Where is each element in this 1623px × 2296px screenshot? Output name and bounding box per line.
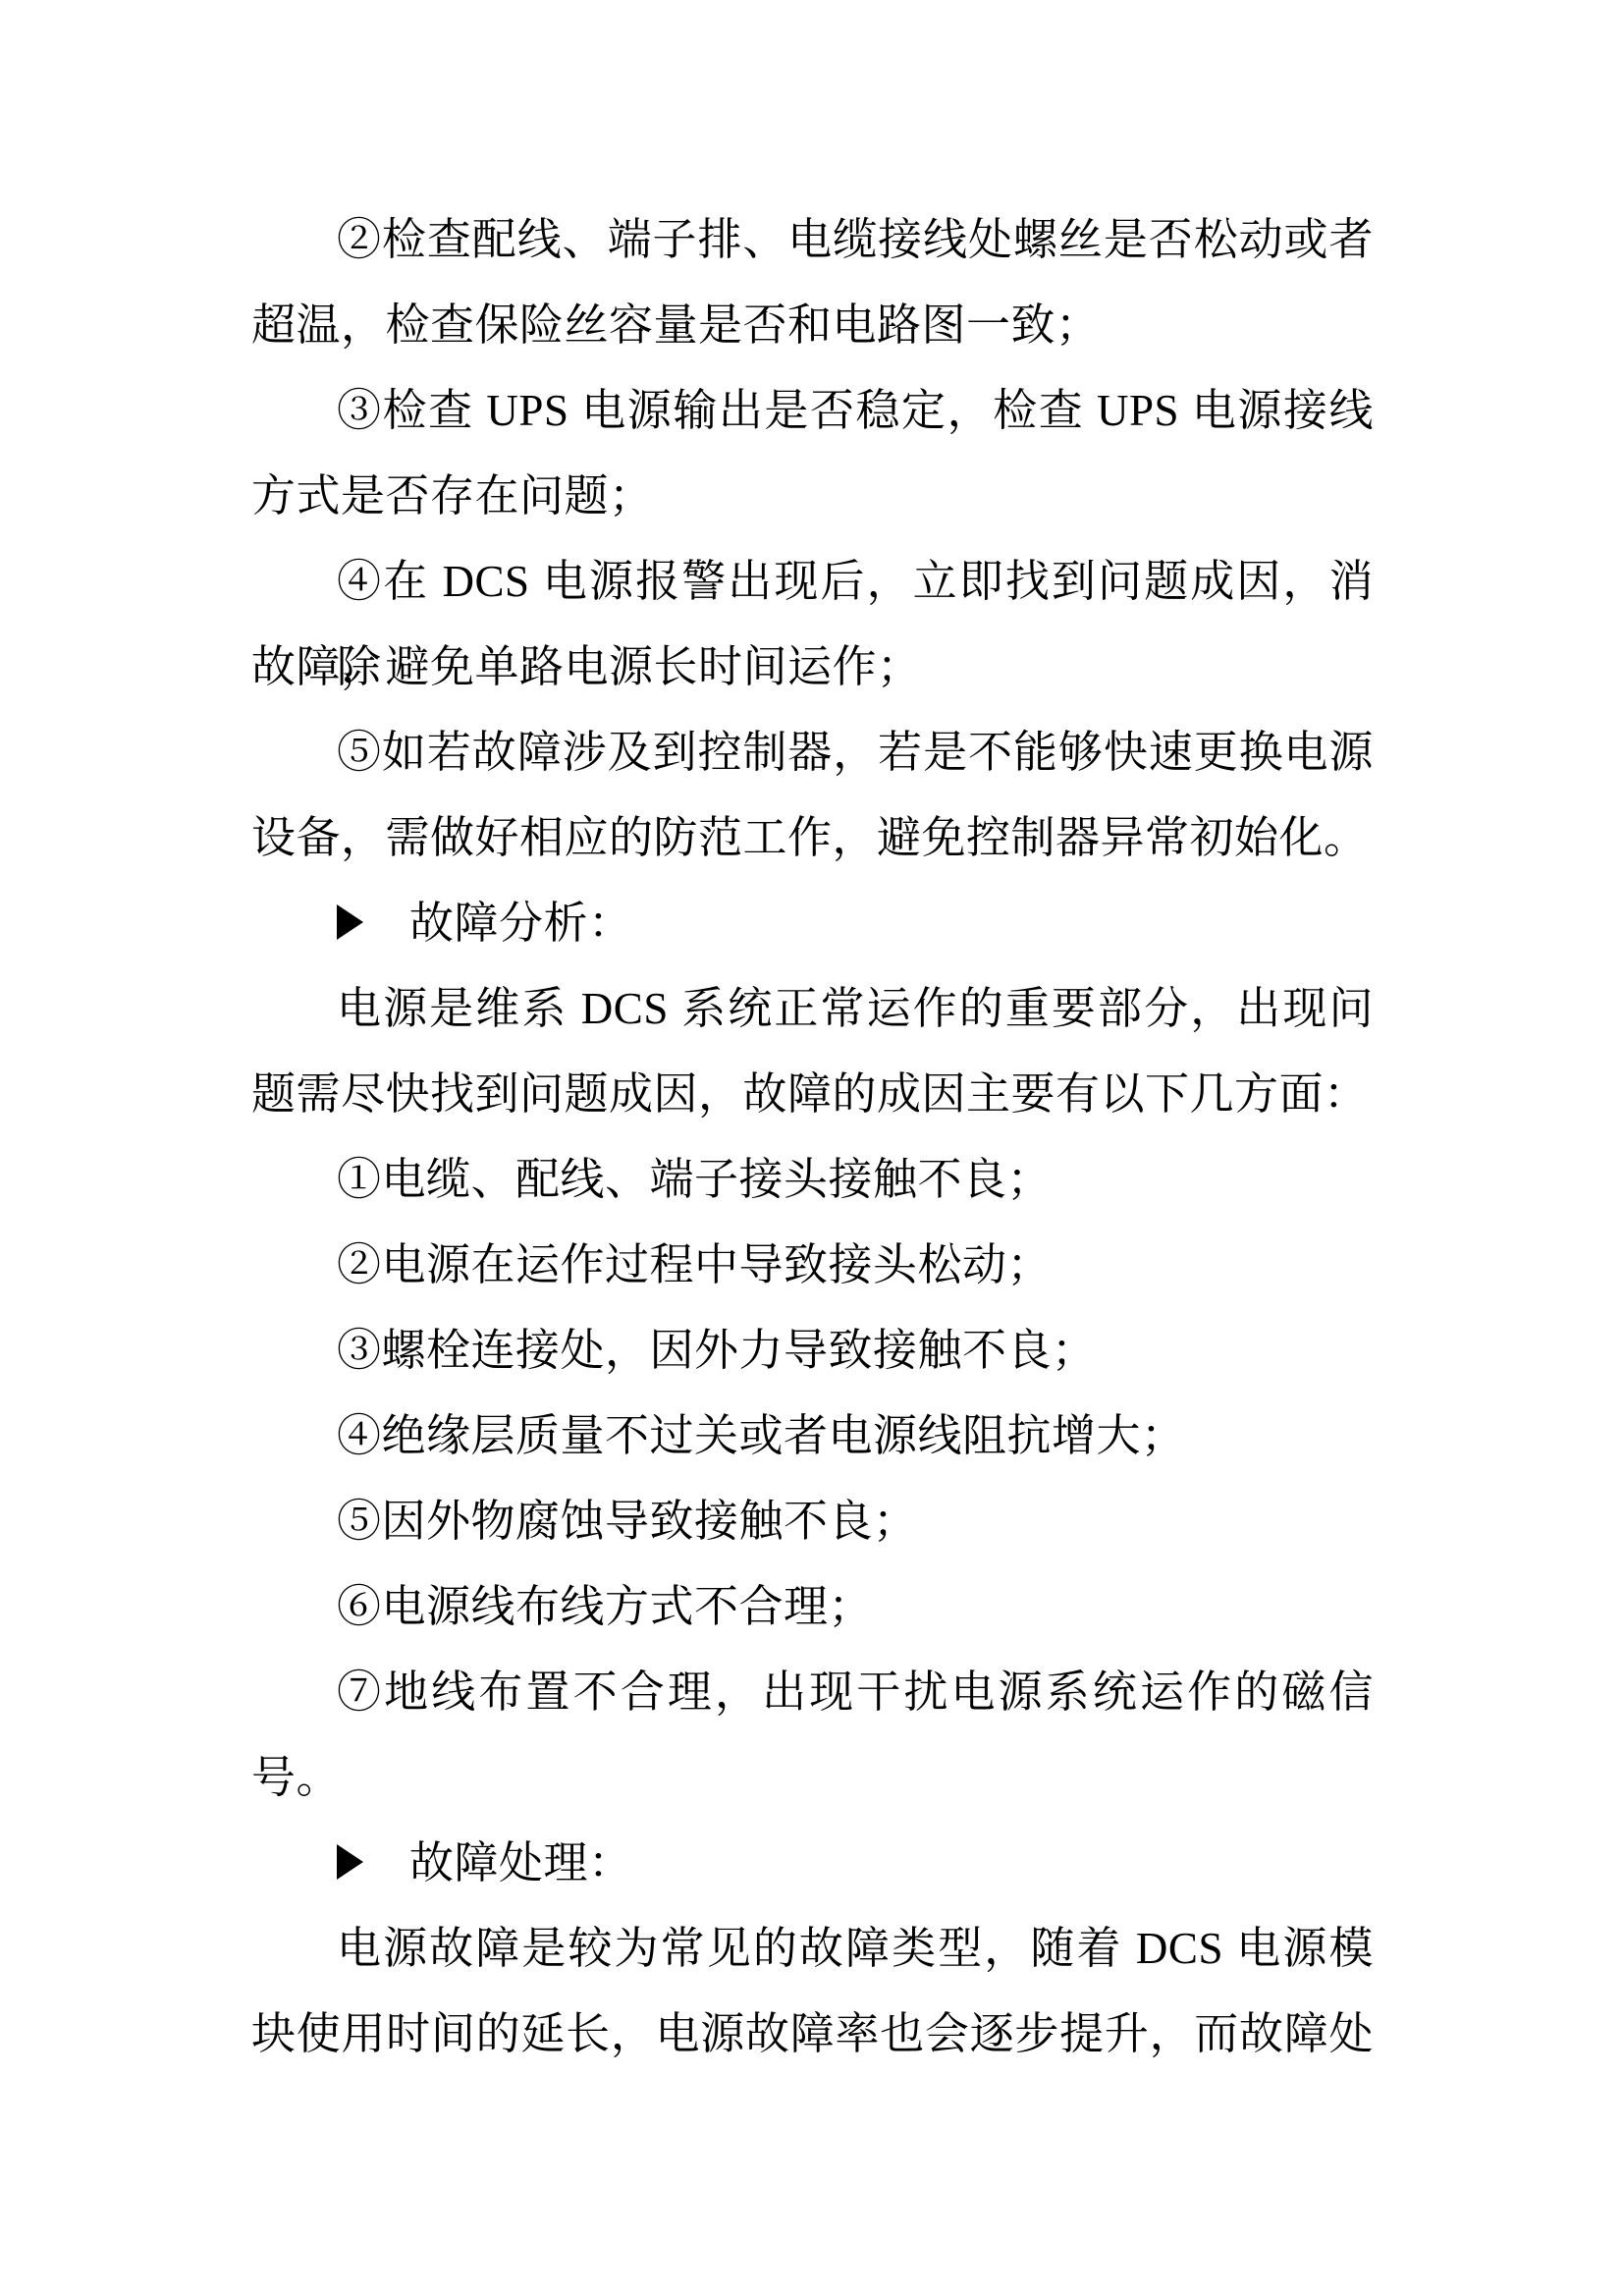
- line-text: ⑤因外物腐蚀导致接触不良；: [337, 1497, 918, 1546]
- text-line: 方式是否存在问题；: [251, 454, 1374, 539]
- line-text: ⑤如若故障涉及到控制器，若是不能够快速更换电源: [337, 728, 1374, 777]
- text-line: ③螺栓连接处，因外力导致接触不良；: [251, 1308, 1374, 1394]
- triangle-bullet-icon: [337, 1844, 363, 1880]
- line-text: 方式是否存在问题；: [251, 471, 654, 520]
- line-text: ②电源在运作过程中导致接头松动；: [337, 1240, 1052, 1289]
- line-text: 电源是维系 DCS 系统正常运作的重要部分，出现问: [337, 984, 1374, 1033]
- line-text: ③螺栓连接处，因外力导致接触不良；: [337, 1326, 1097, 1375]
- line-text: ④绝缘层质量不过关或者电源线阻抗增大；: [337, 1411, 1186, 1460]
- text-line: ③检查 UPS 电源输出是否稳定，检查 UPS 电源接线: [251, 368, 1374, 454]
- line-text: 超温，检查保险丝容量是否和电路图一致；: [251, 301, 1101, 350]
- text-line: 故障分析：: [251, 881, 1374, 966]
- text-line: ⑥电源线布线方式不合理；: [251, 1564, 1374, 1650]
- document-page: ②检查配线、端子排、电缆接线处螺丝是否松动或者 超温，检查保险丝容量是否和电路图…: [0, 0, 1623, 2296]
- text-line: 号。: [251, 1735, 1374, 1821]
- line-text: 故障，避免单路电源长时间运作；: [251, 642, 922, 691]
- line-text: 故障分析：: [409, 899, 633, 948]
- text-line: 电源是维系 DCS 系统正常运作的重要部分，出现问: [251, 966, 1374, 1052]
- text-line: 块使用时间的延长，电源故障率也会逐步提升，而故障处: [251, 1992, 1374, 2077]
- line-text: 故障处理：: [409, 1838, 633, 1887]
- text-line: ②电源在运作过程中导致接头松动；: [251, 1223, 1374, 1308]
- line-text: 题需尽快找到问题成因，故障的成因主要有以下几方面：: [251, 1069, 1369, 1119]
- text-line: 设备，需做好相应的防范工作，避免控制器异常初始化。: [251, 795, 1374, 881]
- triangle-bullet-icon: [337, 904, 363, 940]
- text-line: ⑤因外物腐蚀导致接触不良；: [251, 1479, 1374, 1564]
- line-text: ⑦地线布置不合理，出现干扰电源系统运作的磁信: [337, 1667, 1374, 1717]
- text-block: ②检查配线、端子排、电缆接线处螺丝是否松动或者 超温，检查保险丝容量是否和电路图…: [251, 197, 1374, 2077]
- text-line: ⑤如若故障涉及到控制器，若是不能够快速更换电源: [251, 710, 1374, 795]
- text-line: 超温，检查保险丝容量是否和电路图一致；: [251, 283, 1374, 368]
- line-text: ②检查配线、端子排、电缆接线处螺丝是否松动或者: [337, 215, 1374, 264]
- text-line: 电源故障是较为常见的故障类型，随着 DCS 电源模: [251, 1906, 1374, 1992]
- text-line: 故障处理：: [251, 1821, 1374, 1906]
- text-line: ④绝缘层质量不过关或者电源线阻抗增大；: [251, 1394, 1374, 1479]
- line-text: 电源故障是较为常见的故障类型，随着 DCS 电源模: [337, 1924, 1374, 1973]
- text-line: 故障，避免单路电源长时间运作；: [251, 625, 1374, 710]
- line-text: ①电缆、配线、端子接头接触不良；: [337, 1155, 1052, 1204]
- text-line: ①电缆、配线、端子接头接触不良；: [251, 1137, 1374, 1223]
- text-line: ②检查配线、端子排、电缆接线处螺丝是否松动或者: [251, 197, 1374, 283]
- text-line: ⑦地线布置不合理，出现干扰电源系统运作的磁信: [251, 1650, 1374, 1735]
- line-text: 设备，需做好相应的防范工作，避免控制器异常初始化。: [251, 813, 1369, 862]
- line-text: ③检查 UPS 电源输出是否稳定，检查 UPS 电源接线: [337, 386, 1374, 435]
- line-text: ⑥电源线布线方式不合理；: [337, 1582, 873, 1631]
- line-text: 块使用时间的延长，电源故障率也会逐步提升，而故障处: [251, 2009, 1374, 2058]
- line-text: 号。: [251, 1753, 341, 1802]
- text-line: 题需尽快找到问题成因，故障的成因主要有以下几方面：: [251, 1052, 1374, 1137]
- text-line: ④在 DCS 电源报警出现后，立即找到问题成因，消除: [251, 539, 1374, 625]
